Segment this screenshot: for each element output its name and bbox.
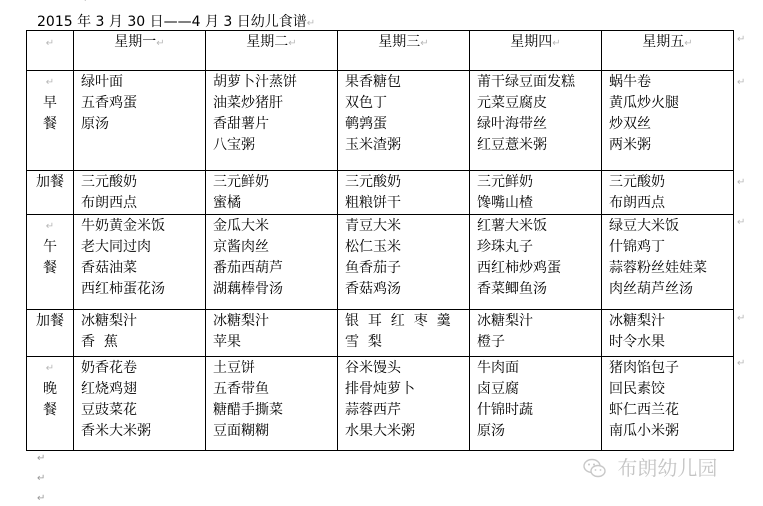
row-end-mark: ↵ [737,34,745,45]
dish: 炒双丝 [609,114,733,135]
header-friday: 星期五↵ [602,31,734,71]
dish: 回民素饺 [609,379,733,400]
dish: 八宝粥 [213,135,337,156]
paragraph-mark: ↵ [27,72,73,93]
meal-label-snack: 加餐 [27,171,74,215]
dish: 香米大米粥 [81,421,205,442]
paragraph-mark: ↵ [420,38,428,49]
dish: 鱼香茄子 [345,258,469,279]
dish: 苹果 [213,332,337,353]
dish: 老大同过肉 [81,237,205,258]
paragraph-mark: ↵ [27,358,73,379]
dish: 青豆大米 [345,216,469,237]
title-text: 2015 年 3 月 30 日——4 月 3 日幼儿食谱 [37,14,307,30]
dish: 绿豆大米饭 [609,216,733,237]
dish: 油菜炒猪肝 [213,93,337,114]
menu-cell-wed-lunch: 青豆大米 松仁玉米 鱼香茄子 香菇鸡汤 [338,215,470,310]
menu-cell-thu-breakfast: 莆干绿豆面发糕 元菜豆腐皮 绿叶海带丝 红豆薏米粥 [470,71,602,171]
row-end-mark: ↵ [737,77,745,88]
dish: 绿叶面 [81,72,205,93]
dish: 莆干绿豆面发糕 [477,72,601,93]
dish: 鹌鹑蛋 [345,114,469,135]
dish: 蒜蓉粉丝娃娃菜 [609,258,733,279]
dish: 三元酸奶 [345,172,469,193]
dish: 西红柿蛋花汤 [81,279,205,300]
menu-cell-tue-snack1: 三元鲜奶 蜜橘 [206,171,338,215]
dish: 银 耳 红 枣 羹 [345,311,469,332]
row-end-mark: ↵ [737,177,745,188]
paragraph-mark: ↵ [37,453,45,464]
menu-cell-thu-dinner: 牛肉面 卤豆腐 什锦时蔬 原汤 [470,357,602,451]
dish: 三元鲜奶 [477,172,601,193]
dish: 土豆饼 [213,358,337,379]
dish: 冰糖梨汁 [609,311,733,332]
meal-label-dinner: ↵ 晚 餐 [27,357,74,451]
dish: 什锦时蔬 [477,400,601,421]
dish: 黄瓜炒火腿 [609,93,733,114]
day-label: 星期二 [246,34,288,50]
menu-cell-fri-dinner: 猪肉馅包子 回民素饺 虾仁西兰花 南瓜小米粥 [602,357,734,451]
dish: 三元鲜奶 [213,172,337,193]
meal-label-char: 午 [27,237,73,258]
dish: 雪 梨 [345,332,469,353]
header-monday: 星期一↵ [74,31,206,71]
dish: 南瓜小米粥 [609,421,733,442]
header-corner-cell: ↵ [27,31,74,71]
header-wednesday: 星期三↵ [338,31,470,71]
watermark-text: 布朗幼儿园 [617,456,717,480]
paragraph-mark: ↵ [288,38,296,49]
header-tuesday: 星期二↵ [206,31,338,71]
menu-cell-fri-snack1: 三元酸奶 布朗西点 [602,171,734,215]
paragraph-mark: ↵ [156,38,164,49]
paragraph-mark: ↵ [552,38,560,49]
dish: 三元酸奶 [609,172,733,193]
meal-label-text: 加餐 [27,311,73,332]
paragraph-mark: ↵ [83,0,91,5]
meal-label-char: 餐 [27,400,73,421]
dish: 绿叶海带丝 [477,114,601,135]
dish: 香菜鲫鱼汤 [477,279,601,300]
menu-cell-tue-breakfast: 胡萝卜汁蒸饼 油菜炒猪肝 香甜薯片 八宝粥 [206,71,338,171]
paragraph-mark: ↵ [37,493,45,504]
dish: 两米粥 [609,135,733,156]
dish: 粗粮饼干 [345,193,469,214]
menu-cell-mon-snack1: 三元酸奶 布朗西点 [74,171,206,215]
menu-cell-mon-breakfast: 绿叶面 五香鸡蛋 原汤 [74,71,206,171]
dish: 豆豉菜花 [81,400,205,421]
meal-label-lunch: ↵ 午 餐 [27,215,74,310]
dish: 番茄西葫芦 [213,258,337,279]
dish: 香菇油菜 [81,258,205,279]
dish: 香甜薯片 [213,114,337,135]
menu-cell-wed-breakfast: 果香糖包 双色丁 鹌鹑蛋 玉米渣粥 [338,71,470,171]
dish: 什锦鸡丁 [609,237,733,258]
header-thursday: 星期四↵ [470,31,602,71]
dish: 五香鸡蛋 [81,93,205,114]
menu-cell-tue-snack2: 冰糖梨汁 苹果 [206,310,338,357]
dish: 香菇鸡汤 [345,279,469,300]
menu-cell-fri-breakfast: 蜗牛卷 黄瓜炒火腿 炒双丝 两米粥 [602,71,734,171]
dish: 京酱肉丝 [213,237,337,258]
day-label: 星期五 [642,34,684,50]
dish: 红豆薏米粥 [477,135,601,156]
dish: 胡萝卜汁蒸饼 [213,72,337,93]
menu-cell-wed-dinner: 谷米馒头 排骨炖萝卜 蒜蓉西芹 水果大米粥 [338,357,470,451]
breakfast-row: ↵ 早 餐 绿叶面 五香鸡蛋 原汤 胡萝卜汁蒸饼 油菜炒猪肝 香甜薯片 八宝粥 … [27,71,734,171]
snack-row-morning: 加餐 三元酸奶 布朗西点 三元鲜奶 蜜橘 三元酸奶 粗粮饼干 三元鲜奶 馋嘴山楂… [27,171,734,215]
dish: 五香带鱼 [213,379,337,400]
menu-cell-thu-lunch: 红薯大米饭 珍珠丸子 西红柿炒鸡蛋 香菜鲫鱼汤 [470,215,602,310]
header-row: ↵ 星期一↵ 星期二↵ 星期三↵ 星期四↵ 星期五↵ [27,31,734,71]
day-label: 星期一 [114,34,156,50]
document-title: 2015 年 3 月 30 日——4 月 3 日幼儿食谱↵ [37,11,315,31]
dish: 双色丁 [345,93,469,114]
dish: 馋嘴山楂 [477,193,601,214]
dish: 香 蕉 [81,332,205,353]
meal-label-char: 早 [27,93,73,114]
paragraph-mark: ↵ [307,18,315,29]
dish: 奶香花卷 [81,358,205,379]
dish: 西红柿炒鸡蛋 [477,258,601,279]
dish: 红烧鸡翅 [81,379,205,400]
meal-label-char: 餐 [27,114,73,135]
dish: 水果大米粥 [345,421,469,442]
menu-cell-fri-snack2: 冰糖梨汁 时令水果 [602,310,734,357]
dish: 珍珠丸子 [477,237,601,258]
dish: 肉丝葫芦丝汤 [609,279,733,300]
dish: 卤豆腐 [477,379,601,400]
dish: 三元酸奶 [81,172,205,193]
lunch-row: ↵ 午 餐 牛奶黄金米饭 老大同过肉 香菇油菜 西红柿蛋花汤 金瓜大米 京酱肉丝… [27,215,734,310]
dish: 红薯大米饭 [477,216,601,237]
dish: 玉米渣粥 [345,135,469,156]
menu-cell-thu-snack1: 三元鲜奶 馋嘴山楂 [470,171,602,215]
dinner-row: ↵ 晚 餐 奶香花卷 红烧鸡翅 豆豉菜花 香米大米粥 土豆饼 五香带鱼 糖醋手撕… [27,357,734,451]
menu-cell-wed-snack2: 银 耳 红 枣 羹 雪 梨 [338,310,470,357]
dish: 松仁玉米 [345,237,469,258]
menu-cell-tue-dinner: 土豆饼 五香带鱼 糖醋手撕菜 豆面糊糊 [206,357,338,451]
row-end-mark: ↵ [737,313,745,324]
menu-cell-wed-snack1: 三元酸奶 粗粮饼干 [338,171,470,215]
wechat-icon [583,456,617,480]
dish: 糖醋手撕菜 [213,400,337,421]
day-label: 星期三 [378,34,420,50]
menu-cell-mon-dinner: 奶香花卷 红烧鸡翅 豆豉菜花 香米大米粥 [74,357,206,451]
paragraph-mark: ↵ [46,38,54,49]
meal-label-snack: 加餐 [27,310,74,357]
dish: 蜜橘 [213,193,337,214]
paragraph-mark: ↵ [27,216,73,237]
dish: 冰糖梨汁 [213,311,337,332]
menu-cell-thu-snack2: 冰糖梨汁 橙子 [470,310,602,357]
dish: 牛肉面 [477,358,601,379]
dish: 金瓜大米 [213,216,337,237]
row-end-mark: ↵ [737,217,745,228]
dish: 原汤 [477,421,601,442]
row-end-mark: ↵ [737,358,745,369]
dish: 排骨炖萝卜 [345,379,469,400]
snack-row-afternoon: 加餐 冰糖梨汁 香 蕉 冰糖梨汁 苹果 银 耳 红 枣 羹 雪 梨 冰糖梨汁 橙… [27,310,734,357]
dish: 谷米馒头 [345,358,469,379]
menu-cell-mon-snack2: 冰糖梨汁 香 蕉 [74,310,206,357]
dish: 猪肉馅包子 [609,358,733,379]
dish: 冰糖梨汁 [477,311,601,332]
paragraph-mark: ↵ [684,38,692,49]
watermark: 布朗幼儿园 [583,452,717,481]
meal-label-char: 晚 [27,379,73,400]
dish: 原汤 [81,114,205,135]
menu-cell-tue-lunch: 金瓜大米 京酱肉丝 番茄西葫芦 湖藕棒骨汤 [206,215,338,310]
dish: 蒜蓉西芹 [345,400,469,421]
dish: 豆面糊糊 [213,421,337,442]
dish: 牛奶黄金米饭 [81,216,205,237]
dish: 湖藕棒骨汤 [213,279,337,300]
day-label: 星期四 [510,34,552,50]
dish: 元菜豆腐皮 [477,93,601,114]
menu-cell-mon-lunch: 牛奶黄金米饭 老大同过肉 香菇油菜 西红柿蛋花汤 [74,215,206,310]
meal-label-breakfast: ↵ 早 餐 [27,71,74,171]
meal-label-char: 餐 [27,258,73,279]
meal-label-text: 加餐 [27,172,73,193]
dish: 时令水果 [609,332,733,353]
menu-cell-fri-lunch: 绿豆大米饭 什锦鸡丁 蒜蓉粉丝娃娃菜 肉丝葫芦丝汤 [602,215,734,310]
dish: 橙子 [477,332,601,353]
dish: 果香糖包 [345,72,469,93]
dish: 布朗西点 [609,193,733,214]
weekly-menu-table: ↵ 星期一↵ 星期二↵ 星期三↵ 星期四↵ 星期五↵ ↵ 早 餐 绿叶面 五香鸡… [26,30,734,451]
paragraph-mark: ↵ [37,473,45,484]
dish: 蜗牛卷 [609,72,733,93]
dish: 虾仁西兰花 [609,400,733,421]
dish: 冰糖梨汁 [81,311,205,332]
dish: 布朗西点 [81,193,205,214]
